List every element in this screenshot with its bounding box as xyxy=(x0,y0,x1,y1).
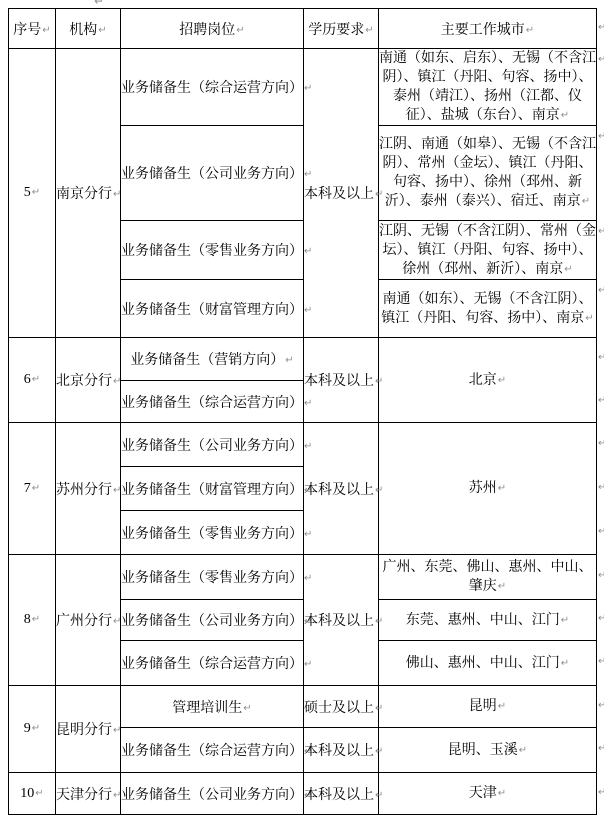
position-name: 业务储备生（零售业务方向） xyxy=(121,527,303,542)
cities-text: 佛山、惠州、中山、江门 xyxy=(406,656,560,671)
paragraph-mark-icon: ↵ xyxy=(498,483,506,494)
org-name: 南京分行 xyxy=(56,187,112,202)
paragraph-mark-icon: ↵ xyxy=(32,187,40,198)
cities-cell: 南通（如东）、无锡（不含江阴）、镇江（丹阳、句容、扬中）、南京↵ xyxy=(379,280,597,338)
row-end-mark-icon: ↵ xyxy=(598,23,604,33)
education-cell: 本科及以上↵ xyxy=(304,423,379,555)
paragraph-mark-icon: ↵ xyxy=(113,725,121,736)
header-label: 学历要求 xyxy=(308,23,364,38)
header-label: 招聘岗位 xyxy=(179,23,235,38)
paragraph-mark-icon: ↵ xyxy=(32,723,40,734)
position-cell: 业务储备生（财富管理方向）↵ xyxy=(121,280,304,338)
table-row: 10↵ 天津分行↵ 业务储备生（公司业务方向）↵ 本科及以上↵ 天津↵ xyxy=(9,773,597,815)
cities-text: 天津 xyxy=(469,786,497,801)
paragraph-mark-icon: ↵ xyxy=(561,615,569,626)
cities-cell: 东莞、惠州、中山、江门↵ xyxy=(379,600,597,641)
table-row: 8↵ 广州分行↵ 业务储备生（零售业务方向）↵ 本科及以上↵ 广州、东莞、佛山、… xyxy=(9,555,597,600)
org-name: 天津分行 xyxy=(56,788,112,803)
row-end-mark-icon: ↵ xyxy=(598,657,604,667)
paragraph-mark-icon: ↵ xyxy=(304,659,312,670)
paragraph-mark-icon: ↵ xyxy=(375,616,383,627)
paragraph-mark-icon: ↵ xyxy=(375,189,383,200)
row-number: 10 xyxy=(20,786,34,801)
row-end-mark-icon: ↵ xyxy=(598,614,604,624)
paragraph-mark-icon: ↵ xyxy=(42,25,50,36)
org-name: 广州分行 xyxy=(56,614,112,629)
row-number-cell: 7↵ xyxy=(9,423,56,555)
org-cell: 广州分行↵ xyxy=(56,555,121,686)
position-name: 业务储备生（综合运营方向） xyxy=(121,81,303,96)
position-cell: 业务储备生（公司业务方向）↵ xyxy=(121,773,304,815)
header-cell-cities: 主要工作城市↵ xyxy=(379,9,597,49)
paragraph-mark-icon: ↵ xyxy=(375,746,383,757)
row-end-mark-icon: ↵ xyxy=(598,571,604,581)
paragraph-mark-icon: ↵ xyxy=(304,616,312,627)
position-cell: 业务储备生（公司业务方向）↵ xyxy=(121,600,304,641)
paragraph-mark-icon: ↵ xyxy=(285,355,293,366)
row-number-cell: 5↵ xyxy=(9,49,56,338)
paragraph-mark-icon: ↵ xyxy=(304,169,312,180)
paragraph-mark-icon: ↵ xyxy=(498,375,506,386)
row-end-mark-icon: ↵ xyxy=(598,701,604,711)
paragraph-mark-icon: ↵ xyxy=(561,110,569,121)
paragraph-mark-icon: ↵ xyxy=(375,485,383,496)
paragraph-mark-icon: ↵ xyxy=(375,790,383,801)
paragraph-mark-icon: ↵ xyxy=(236,25,244,36)
paragraph-mark-icon: ↵ xyxy=(365,25,373,36)
cities-cell: 江阴、无锡（不含江阴）、常州（金坛）、镇江（丹阳、句容、扬中）、徐州（邳州、新沂… xyxy=(379,221,597,280)
row-end-mark-icon: ↵ xyxy=(598,132,604,142)
org-name: 北京分行 xyxy=(56,374,112,389)
row-end-mark-icon: ↵ xyxy=(598,788,604,798)
paragraph-mark-icon: ↵ xyxy=(243,703,251,714)
org-cell: 南京分行↵ xyxy=(56,49,121,338)
paragraph-mark-icon: ↵ xyxy=(35,788,43,799)
position-name: 管理培训生 xyxy=(172,701,242,716)
position-cell: 业务储备生（公司业务方向）↵ xyxy=(121,126,304,221)
position-name: 业务储备生（综合运营方向） xyxy=(121,396,303,411)
position-cell: 业务储备生（综合运营方向）↵ xyxy=(121,728,304,773)
cities-text: 昆明、玉溪 xyxy=(448,743,518,758)
education-cell: 本科及以上↵ xyxy=(304,728,379,773)
table-row: 5↵ 南京分行↵ 业务储备生（综合运营方向）↵ 本科及以上↵ 南通（如东、启东）… xyxy=(9,49,597,126)
org-name: 苏州分行 xyxy=(56,483,112,498)
position-name: 业务储备生（公司业务方向） xyxy=(121,788,303,803)
row-number: 5 xyxy=(24,185,31,200)
cities-text: 苏州 xyxy=(469,481,497,496)
position-name: 业务储备生（公司业务方向） xyxy=(121,167,303,182)
position-name: 业务储备生（财富管理方向） xyxy=(121,303,303,318)
position-cell: 业务储备生（综合运营方向）↵ xyxy=(121,49,304,126)
position-cell: 业务储备生（零售业务方向）↵ xyxy=(121,511,304,555)
education-cell: 硕士及以上↵ xyxy=(304,686,379,728)
paragraph-mark-icon: ↵ xyxy=(32,374,40,385)
row-number-cell: 9↵ xyxy=(9,686,56,773)
cities-text: 南通（如东）、无锡（不含江阴）、镇江（丹阳、句容、扬中）、南京 xyxy=(381,292,592,326)
paragraph-mark-icon: ↵ xyxy=(304,83,312,94)
education-cell: 本科及以上↵ xyxy=(304,49,379,338)
position-name: 业务储备生（综合运营方向） xyxy=(121,744,303,759)
paragraph-mark-icon: ↵ xyxy=(304,441,312,452)
row-end-mark-icon: ↵ xyxy=(598,744,604,754)
paragraph-mark-icon: ↵ xyxy=(32,483,40,494)
row-end-mark-icon: ↵ xyxy=(598,483,604,493)
org-name: 昆明分行 xyxy=(56,723,112,738)
paragraph-mark-icon: ↵ xyxy=(98,25,106,36)
cities-text: 昆明 xyxy=(469,699,497,714)
position-cell: 业务储备生（零售业务方向）↵ xyxy=(121,221,304,280)
header-cell-org: 机构↵ xyxy=(56,9,121,49)
cities-cell: 佛山、惠州、中山、江门↵ xyxy=(379,641,597,686)
row-end-mark-icon: ↵ xyxy=(598,396,604,406)
row-number-cell: 8↵ xyxy=(9,555,56,686)
cities-cell: 江阴、南通（如皋）、无锡（不含江阴）、常州（金坛）、镇江（丹阳、句容、扬中）、徐… xyxy=(379,126,597,221)
position-name: 业务储备生（零售业务方向） xyxy=(121,571,303,586)
row-end-mark-icon: ↵ xyxy=(598,439,604,449)
paragraph-mark-icon: ↵ xyxy=(519,745,527,756)
org-cell: 北京分行↵ xyxy=(56,338,121,423)
cities-cell: 昆明、玉溪↵ xyxy=(379,728,597,773)
row-number: 9 xyxy=(24,721,31,736)
education-value: 本科及以上 xyxy=(304,788,374,803)
paragraph-mark-icon: ↵ xyxy=(304,246,312,257)
cities-cell: 苏州↵ xyxy=(379,423,597,555)
position-cell: 管理培训生↵ xyxy=(121,686,304,728)
paragraph-mark-icon: ↵ xyxy=(526,25,534,36)
education-value: 本科及以上 xyxy=(304,614,374,629)
paragraph-mark-icon: ↵ xyxy=(304,398,312,409)
paragraph-mark-icon: ↵ xyxy=(113,189,121,200)
table-row: 7↵ 苏州分行↵ 业务储备生（公司业务方向）↵ 本科及以上↵ 苏州↵ xyxy=(9,423,597,467)
header-cell-position: 招聘岗位↵ xyxy=(121,9,304,49)
paragraph-mark-icon: ↵ xyxy=(94,0,104,7)
header-cell-education: 学历要求↵ xyxy=(304,9,379,49)
table-row: 9↵ 昆明分行↵ 管理培训生↵ 硕士及以上↵ 昆明↵ xyxy=(9,686,597,728)
position-cell: 业务储备生（公司业务方向）↵ xyxy=(121,423,304,467)
paragraph-mark-icon: ↵ xyxy=(561,658,569,669)
paragraph-mark-icon: ↵ xyxy=(564,264,572,275)
cities-cell: 北京↵ xyxy=(379,338,597,423)
position-name: 业务储备生（营销方向） xyxy=(130,353,284,368)
cities-cell: 天津↵ xyxy=(379,773,597,815)
recruitment-table: 序号↵ 机构↵ 招聘岗位↵ 学历要求↵ 主要工作城市↵ 5↵ 南京分行↵ 业务储… xyxy=(8,8,597,815)
education-value: 硕士及以上 xyxy=(304,701,374,716)
org-cell: 苏州分行↵ xyxy=(56,423,121,555)
position-cell: 业务储备生（营销方向）↵ xyxy=(121,338,304,381)
paragraph-mark-icon: ↵ xyxy=(498,701,506,712)
org-cell: 昆明分行↵ xyxy=(56,686,121,773)
paragraph-mark-icon: ↵ xyxy=(304,529,312,540)
cities-text: 东莞、惠州、中山、江门 xyxy=(406,613,560,628)
position-name: 业务储备生（零售业务方向） xyxy=(121,244,303,259)
cities-cell: 南通（如东、启东）、无锡（不含江阴）、镇江（丹阳、句容、扬中）、泰州（靖江）、扬… xyxy=(379,49,597,126)
row-end-mark-icon: ↵ xyxy=(598,353,604,363)
paragraph-mark-icon: ↵ xyxy=(113,376,121,387)
row-number-cell: 6↵ xyxy=(9,338,56,423)
document-page[interactable]: ↵ 序号↵ 机构↵ 招聘岗位↵ 学历要求↵ 主要工作城市↵ 5↵ 南京分行↵ 业… xyxy=(0,0,604,823)
position-cell: 业务储备生（综合运营方向）↵ xyxy=(121,641,304,686)
cities-cell: 昆明↵ xyxy=(379,686,597,728)
cities-text: 北京 xyxy=(469,373,497,388)
header-label: 序号 xyxy=(13,23,41,38)
education-cell: 本科及以上↵ xyxy=(304,338,379,423)
position-cell: 业务储备生（综合运营方向）↵ xyxy=(121,381,304,423)
paragraph-mark-icon: ↵ xyxy=(582,196,590,207)
row-number-cell: 10↵ xyxy=(9,773,56,815)
paragraph-mark-icon: ↵ xyxy=(304,305,312,316)
header-cell-no: 序号↵ xyxy=(9,9,56,49)
row-end-mark-icon: ↵ xyxy=(598,286,604,296)
row-end-mark-icon: ↵ xyxy=(598,227,604,237)
position-cell: 业务储备生（零售业务方向）↵ xyxy=(121,555,304,600)
table-row: 6↵ 北京分行↵ 业务储备生（营销方向）↵ 本科及以上↵ 北京↵ xyxy=(9,338,597,381)
education-value: 本科及以上 xyxy=(304,374,374,389)
org-cell: 天津分行↵ xyxy=(56,773,121,815)
position-name: 业务储备生（综合运营方向） xyxy=(121,657,303,672)
education-cell: 本科及以上↵ xyxy=(304,555,379,686)
paragraph-mark-icon: ↵ xyxy=(304,573,312,584)
cities-text: 广州、东莞、佛山、惠州、中山、肇庆 xyxy=(383,560,593,594)
row-number: 8 xyxy=(24,612,31,627)
header-label: 主要工作城市 xyxy=(441,23,525,38)
row-number: 7 xyxy=(24,481,31,496)
cities-text: 江阴、南通（如皋）、无锡（不含江阴）、常州（金坛）、镇江（丹阳、句容、扬中）、徐… xyxy=(379,137,596,209)
position-name: 业务储备生（公司业务方向） xyxy=(121,614,303,629)
paragraph-mark-icon: ↵ xyxy=(304,485,312,496)
row-number: 6 xyxy=(24,372,31,387)
paragraph-mark-icon: ↵ xyxy=(375,376,383,387)
position-cell: 业务储备生（财富管理方向）↵ xyxy=(121,467,304,511)
position-name: 业务储备生（财富管理方向） xyxy=(121,483,303,498)
row-end-mark-icon: ↵ xyxy=(598,527,604,537)
paragraph-mark-icon: ↵ xyxy=(32,614,40,625)
paragraph-mark-icon: ↵ xyxy=(585,313,593,324)
table-header-row: 序号↵ 机构↵ 招聘岗位↵ 学历要求↵ 主要工作城市↵ xyxy=(9,9,597,49)
row-end-mark-icon: ↵ xyxy=(598,55,604,65)
education-cell: 本科及以上↵ xyxy=(304,773,379,815)
position-name: 业务储备生（公司业务方向） xyxy=(121,439,303,454)
paragraph-mark-icon: ↵ xyxy=(498,788,506,799)
education-value: 本科及以上 xyxy=(304,483,374,498)
education-value: 本科及以上 xyxy=(304,744,374,759)
cities-cell: 广州、东莞、佛山、惠州、中山、肇庆↵ xyxy=(379,555,597,600)
education-value: 本科及以上 xyxy=(304,187,374,202)
paragraph-mark-icon: ↵ xyxy=(375,703,383,714)
header-label: 机构 xyxy=(69,23,97,38)
paragraph-mark-icon: ↵ xyxy=(498,581,506,592)
